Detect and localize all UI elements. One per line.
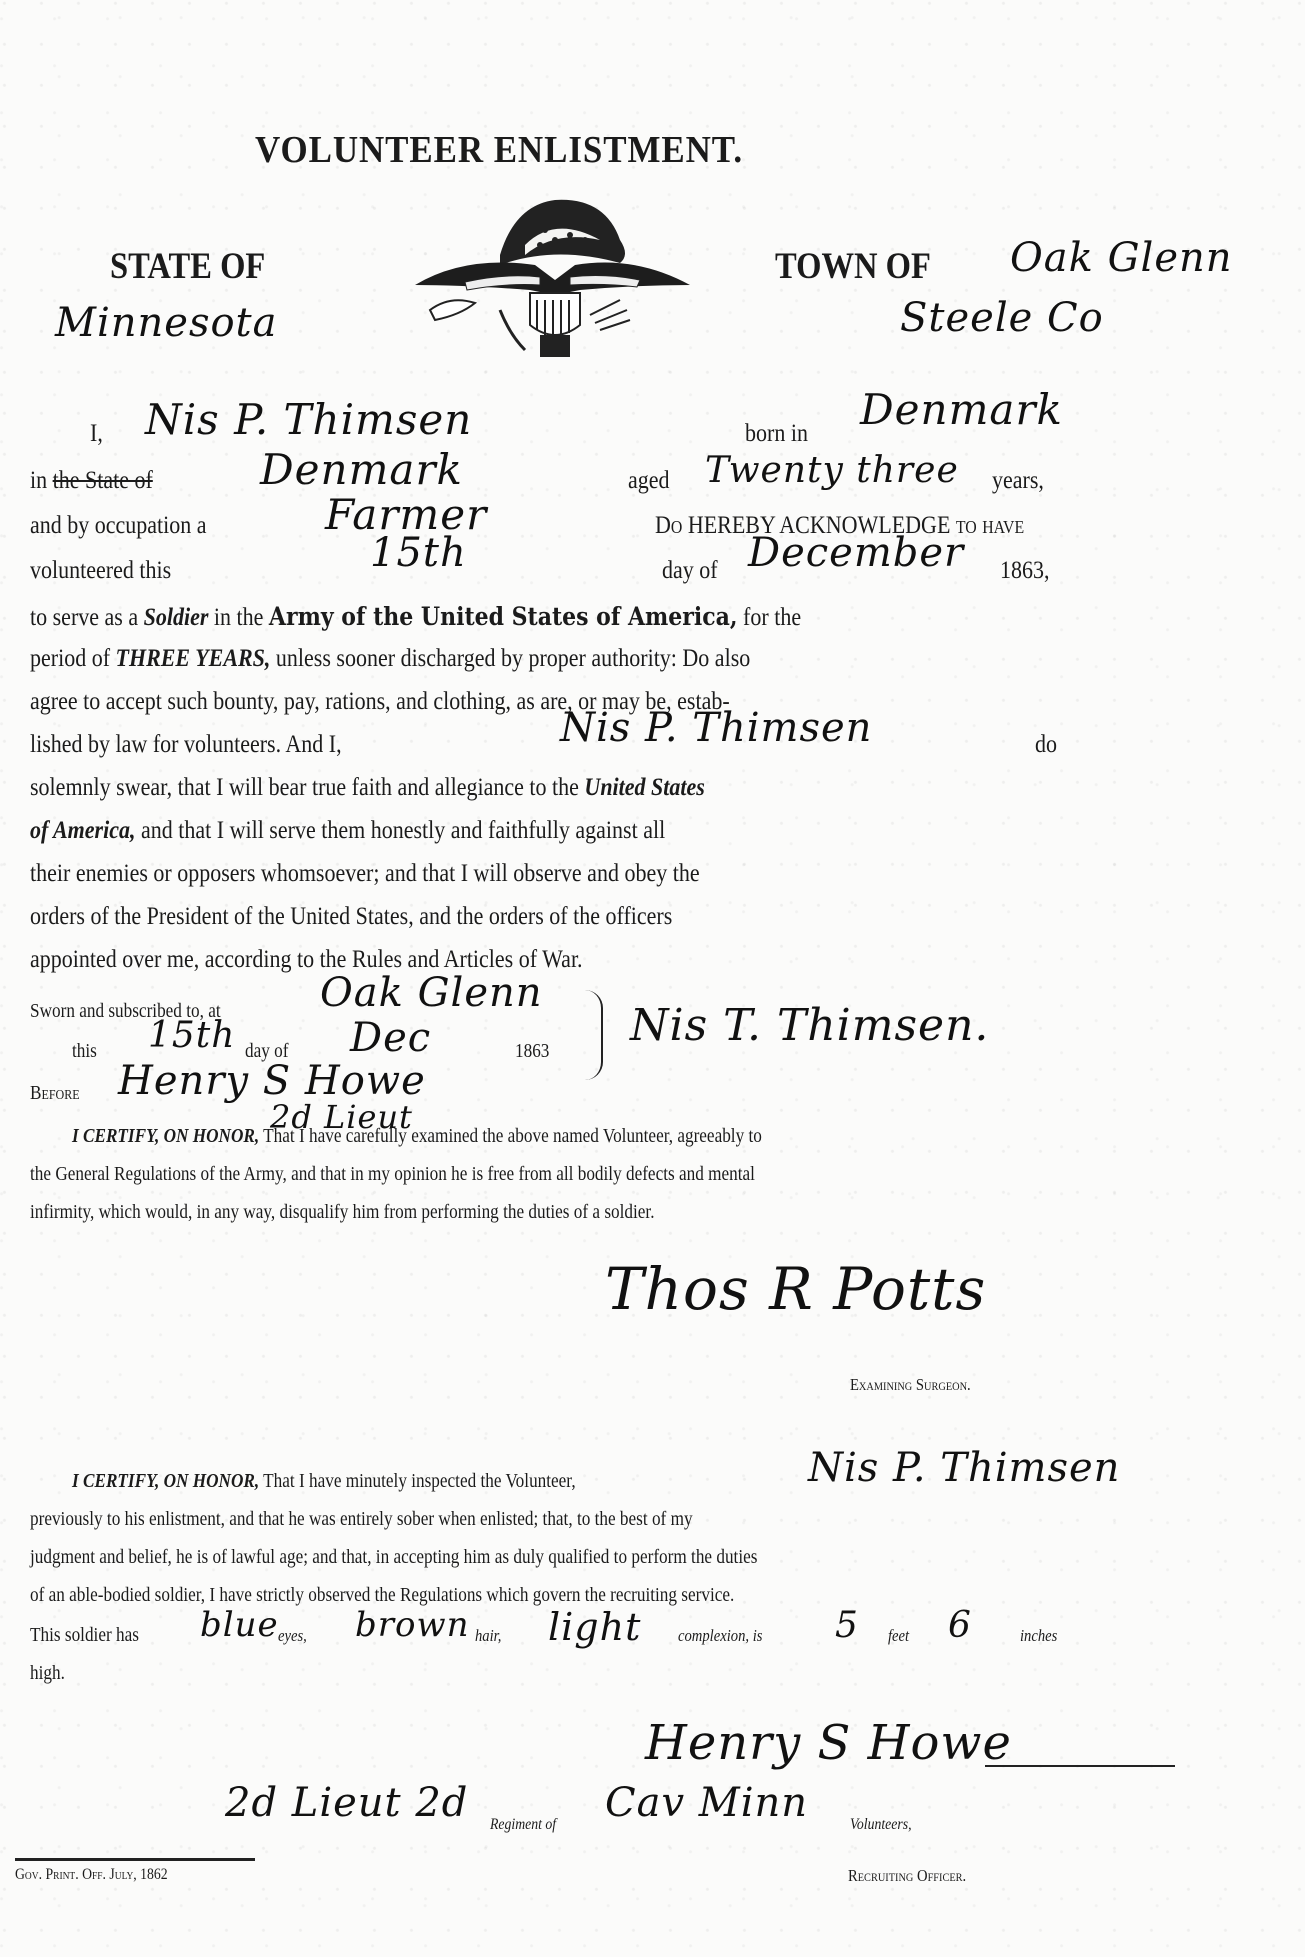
regiment-value: Cav Minn	[605, 1780, 808, 1826]
this-label: this	[72, 1040, 97, 1063]
complexion-label: complexion, is	[678, 1626, 762, 1646]
inches-value: 6	[948, 1605, 972, 1646]
state-label: STATE OF	[110, 245, 265, 288]
i-label: I,	[90, 420, 103, 448]
occupation-label: and by occupation a	[30, 512, 207, 540]
volunteered-month: December	[748, 530, 964, 576]
united-states: United States	[584, 774, 704, 801]
name-repeat: Nis P. Thimsen	[560, 705, 872, 751]
surgeon-cert-text1: That I have carefully examined the above…	[263, 1125, 762, 1147]
sworn-place: Oak Glenn	[320, 970, 543, 1016]
america-line: of America, and that I will serve them h…	[30, 817, 665, 845]
aged-value: Twenty three	[705, 450, 959, 491]
volunteered-year: 1863,	[1000, 557, 1050, 585]
surgeon-signature: Thos R Potts	[605, 1255, 986, 1323]
surgeon-cert-lead: I CERTIFY, ON HONOR,	[72, 1125, 259, 1147]
years-label: years,	[992, 467, 1044, 495]
surgeon-cert-line3: infirmity, which would, in any way, disq…	[30, 1201, 655, 1224]
high-label: high.	[30, 1662, 65, 1685]
sworn-day: 15th	[148, 1015, 235, 1056]
lished-line: lished by law for volunteers. And I,	[30, 731, 342, 759]
officer-cert-line1: I CERTIFY, ON HONOR, That I have minutel…	[72, 1470, 576, 1493]
officer-cert-text1: That I have minutely inspected the Volun…	[263, 1470, 575, 1492]
volunteer-signature: Nis T. Thimsen.	[630, 1000, 989, 1051]
serve-honestly: and that I will serve them honestly and …	[141, 817, 665, 844]
document-title: VOLUNTEER ENLISTMENT.	[255, 128, 743, 172]
town-value-line2: Steele Co	[900, 295, 1104, 341]
serve-mid: in the	[214, 604, 263, 631]
enemies-line: their enemies or opposers whomsoever; an…	[30, 860, 700, 888]
army-phrase: Army of the United States of America,	[269, 602, 738, 631]
sworn-year: 1863	[515, 1040, 549, 1063]
inches-label: inches	[1020, 1626, 1057, 1646]
volunteered-label: volunteered this	[30, 557, 171, 585]
struck-state-of: the State of	[53, 467, 153, 494]
complexion-value: light	[548, 1605, 641, 1649]
period-prefix: period of	[30, 645, 110, 672]
surgeon-role: Examining Surgeon.	[850, 1375, 971, 1395]
surgeon-cert-line1: I CERTIFY, ON HONOR, That I have careful…	[72, 1125, 762, 1148]
officer-cert-line4: of an able-bodied soldier, I have strict…	[30, 1584, 734, 1607]
born-in-label: born in	[745, 420, 808, 448]
period-suffix: unless sooner discharged by proper autho…	[276, 645, 750, 672]
volunteer-name: Nis P. Thimsen	[145, 395, 472, 444]
orders-line: orders of the President of the United St…	[30, 903, 672, 931]
officer-cert-lead: I CERTIFY, ON HONOR,	[72, 1470, 259, 1492]
surgeon-cert-line2: the General Regulations of the Army, and…	[30, 1163, 755, 1186]
in-label: in	[30, 467, 47, 494]
eyes-value: blue	[200, 1605, 279, 1645]
imprint-rule	[15, 1858, 255, 1861]
feet-label: feet	[888, 1626, 909, 1646]
sworn-month: Dec	[350, 1015, 431, 1061]
eagle-seal-icon	[405, 185, 695, 360]
state-value-field: Denmark	[260, 445, 463, 494]
officer-cert-line2: previously to his enlistment, and that h…	[30, 1508, 693, 1531]
bracket-divider	[583, 990, 603, 1080]
officer-signature: Henry S Howe	[645, 1715, 1012, 1771]
period-line: period of THREE YEARS, unless sooner dis…	[30, 645, 750, 673]
day-of-label: day of	[662, 557, 718, 585]
soldier-word: Soldier	[144, 604, 209, 631]
signature-underline	[985, 1765, 1175, 1767]
eyes-label: eyes,	[278, 1626, 307, 1646]
swear-line: solemnly swear, that I will bear true fa…	[30, 774, 705, 802]
before-label: Before	[30, 1082, 80, 1105]
born-in-value: Denmark	[860, 385, 1063, 434]
volunteered-day: 15th	[370, 530, 467, 576]
swear-prefix: solemnly swear, that I will bear true fa…	[30, 774, 579, 801]
of-america: of America,	[30, 817, 136, 844]
footer-imprint: Gov. Print. Off. July, 1862	[15, 1866, 168, 1884]
town-value-line1: Oak Glenn	[1010, 235, 1233, 281]
officer-role: Recruiting Officer.	[848, 1866, 966, 1886]
volunteers-label: Volunteers,	[850, 1816, 912, 1834]
in-state-line: in the State of	[30, 467, 153, 495]
has-label: This soldier has	[30, 1624, 139, 1647]
officer-cert-line3: judgment and belief, he is of lawful age…	[30, 1546, 757, 1569]
officer-cert-volunteer-name: Nis P. Thimsen	[808, 1445, 1120, 1491]
three-years: THREE YEARS,	[116, 645, 271, 672]
town-label: TOWN OF	[775, 245, 931, 288]
hair-value: brown	[355, 1605, 470, 1645]
feet-value: 5	[835, 1605, 859, 1646]
aged-label: aged	[628, 467, 670, 495]
serve-line: to serve as a Soldier in the Army of the…	[30, 602, 801, 632]
state-value: Minnesota	[55, 300, 277, 346]
do-label: do	[1035, 731, 1057, 759]
serve-suffix: for the	[743, 604, 801, 631]
regiment-label: Regiment of	[490, 1816, 556, 1834]
serve-prefix: to serve as a	[30, 604, 138, 631]
hair-label: hair,	[475, 1626, 501, 1646]
officer-rank: 2d Lieut 2d	[225, 1780, 468, 1826]
